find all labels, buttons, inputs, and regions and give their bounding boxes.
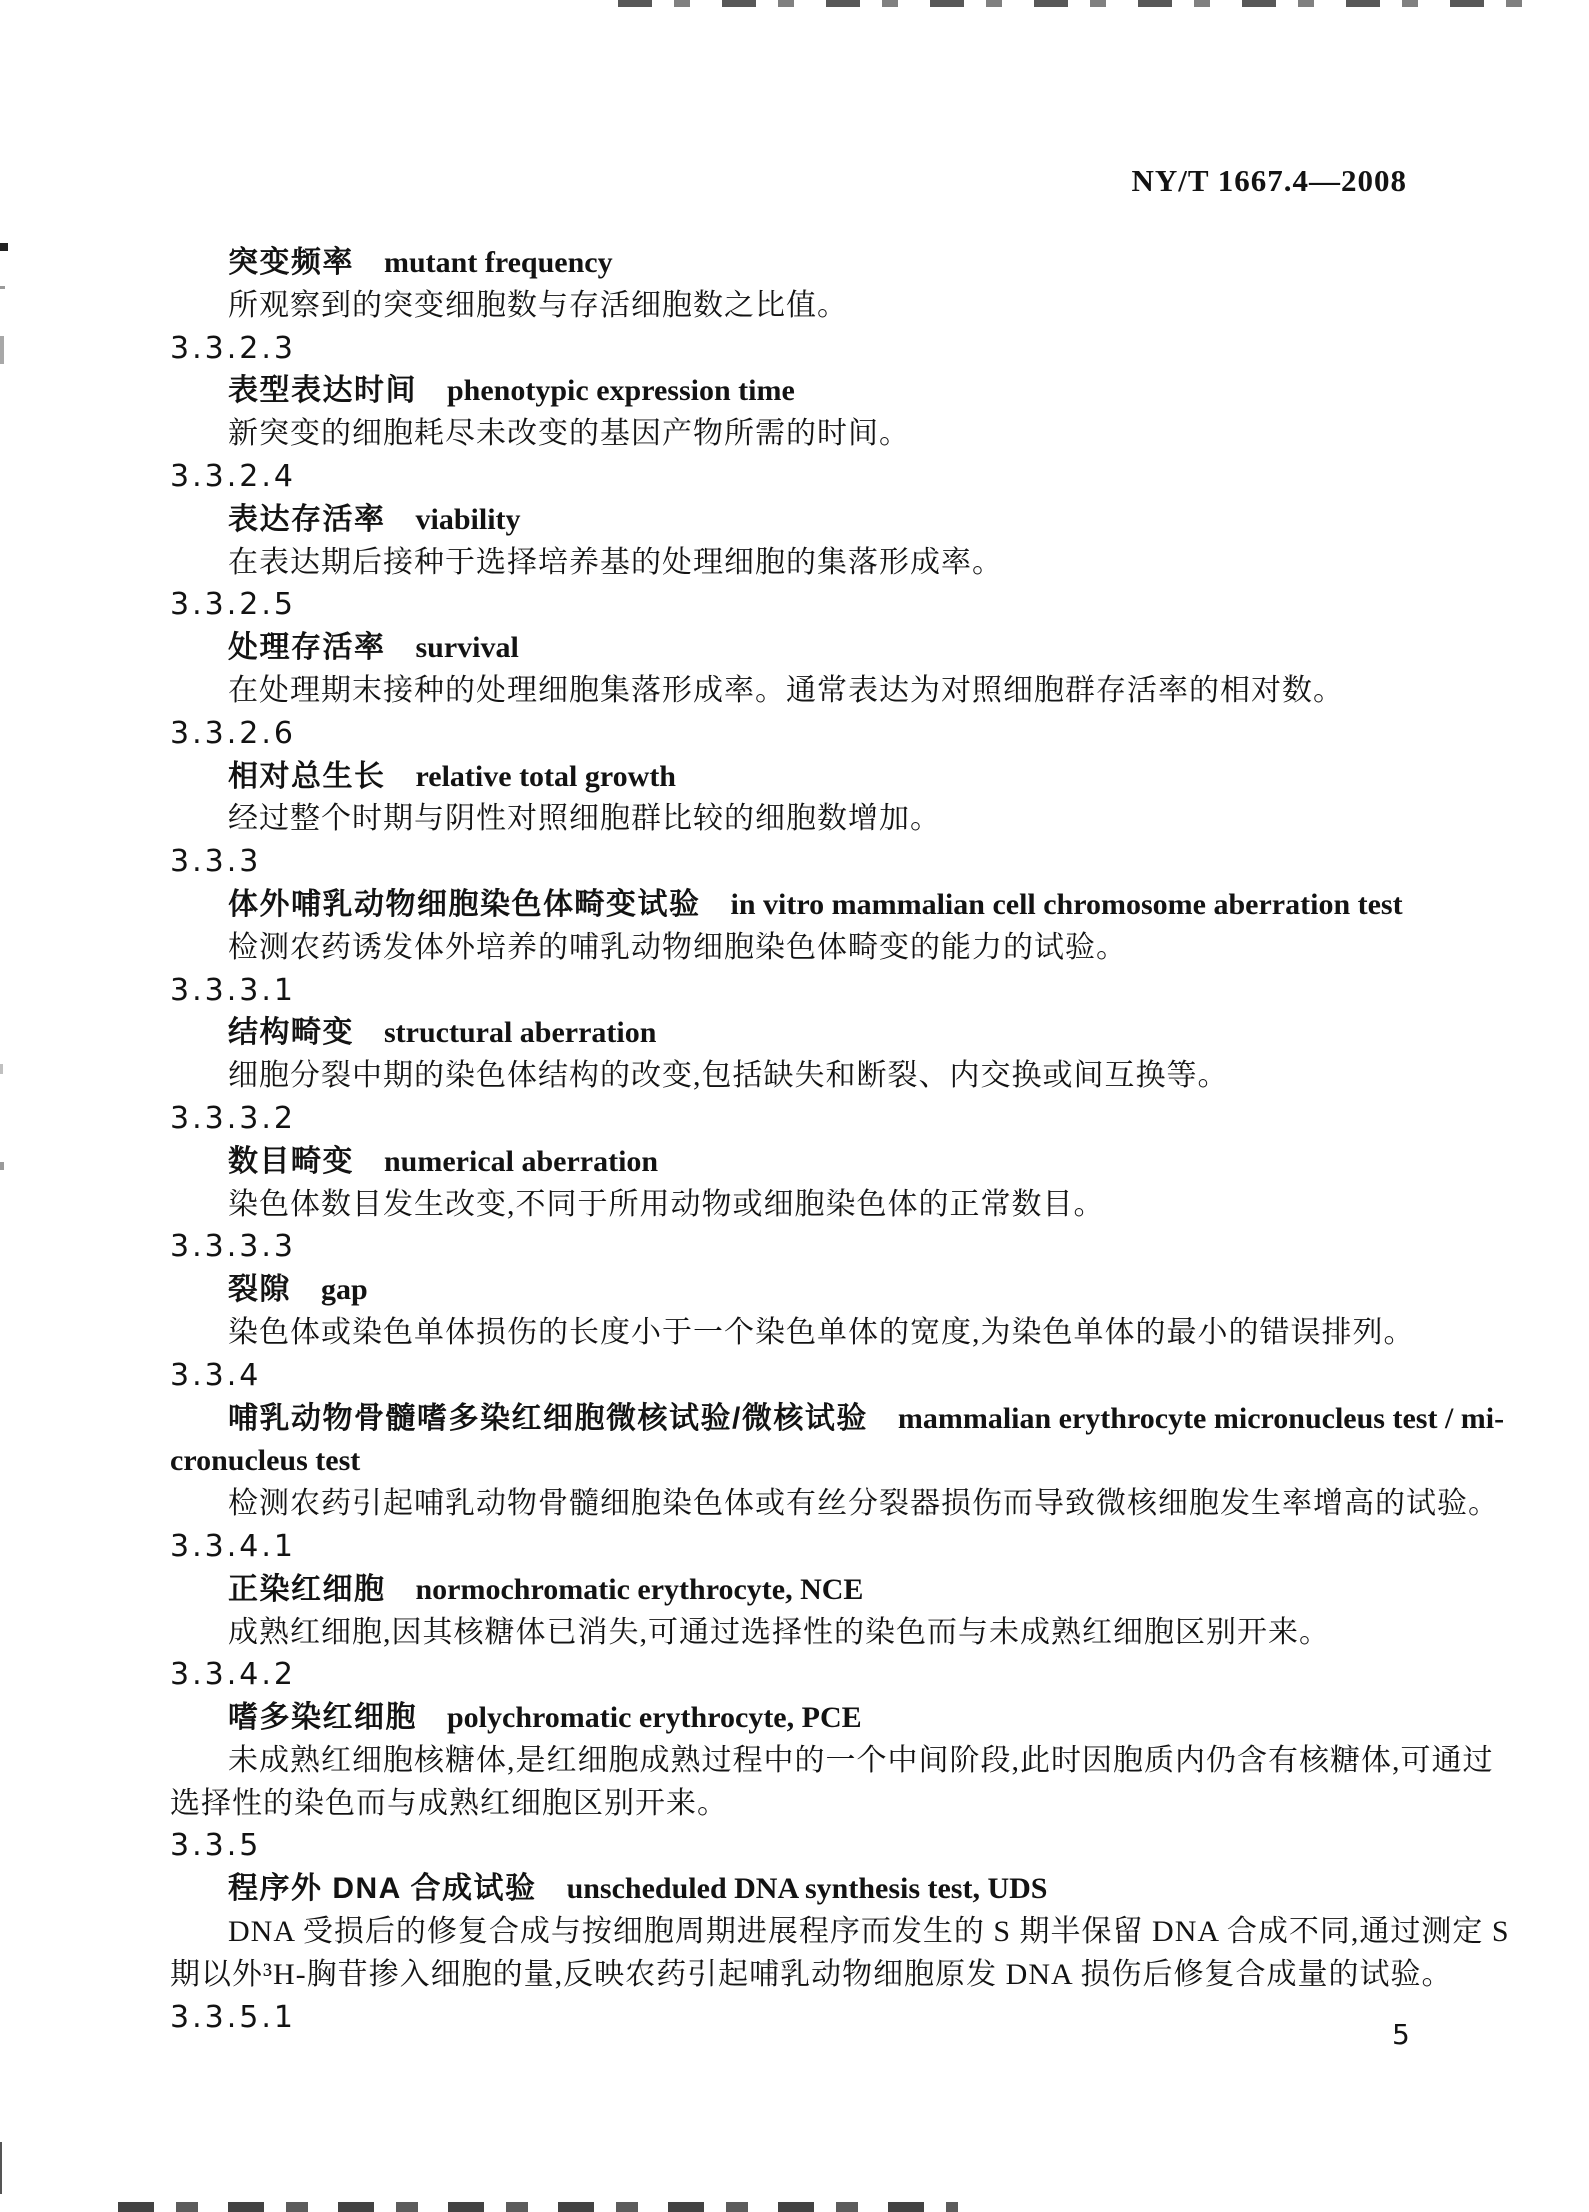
section-number: 3.3.2.6 [170, 713, 1448, 756]
definition-line: 染色体或染色单体损伤的长度小于一个染色单体的宽度,为染色单体的最小的错误排列。 [170, 1312, 1448, 1355]
scan-artifact-top [618, 0, 1548, 7]
section-number: 3.3.2.5 [170, 584, 1448, 627]
scan-artifact-left [0, 2142, 2, 2194]
definition-line: 检测农药诱发体外培养的哺乳动物细胞染色体畸变的能力的试验。 [170, 927, 1448, 970]
definition-line: 在处理期末接种的处理细胞集落形成率。通常表达为对照细胞群存活率的相对数。 [170, 670, 1448, 713]
term-chinese: 表达存活率 [228, 503, 386, 536]
term-chinese: 结构畸变 [228, 1016, 354, 1049]
definition-line: 在表达期后接种于选择培养基的处理细胞的集落形成率。 [170, 542, 1448, 585]
term-line: 哺乳动物骨髓嗜多染红细胞微核试验/微核试验mammalian erythrocy… [170, 1398, 1448, 1441]
section-number: 3.3.3.2 [170, 1098, 1448, 1141]
term-line: 相对总生长relative total growth [170, 756, 1448, 799]
term-english: numerical aberration [384, 1145, 658, 1178]
scan-artifact-left [0, 1064, 3, 1074]
content-lines: 突变频率mutant frequency所观察到的突变细胞数与存活细胞数之比值。… [170, 242, 1448, 2039]
scan-artifact-bottom [118, 2202, 958, 2212]
scan-artifact-left [0, 243, 8, 251]
section-number: 3.3.3.3 [170, 1226, 1448, 1269]
page-number: 5 [1392, 2018, 1410, 2051]
section-number: 3.3.2.3 [170, 328, 1448, 371]
definition-line: 染色体数目发生改变,不同于所用动物或细胞染色体的正常数目。 [170, 1184, 1448, 1227]
term-chinese: 体外哺乳动物细胞染色体畸变试验 [228, 888, 701, 921]
section-number: 3.3.4 [170, 1355, 1448, 1398]
term-line: 裂隙gap [170, 1269, 1448, 1312]
term-english: relative total growth [416, 760, 677, 793]
section-number: 3.3.3.1 [170, 970, 1448, 1013]
section-number: 3.3.5.1 [170, 1997, 1448, 2040]
standard-number-header: NY/T 1667.4—2008 [1131, 163, 1407, 199]
term-chinese: 表型表达时间 [228, 374, 417, 407]
term-english: mutant frequency [384, 246, 613, 279]
term-chinese: 正染红细胞 [228, 1573, 386, 1606]
term-line: 表达存活率viability [170, 499, 1448, 542]
definition-line: 经过整个时期与阴性对照细胞群比较的细胞数增加。 [170, 798, 1448, 841]
term-english: survival [416, 631, 519, 664]
definition-line: 检测农药引起哺乳动物骨髓细胞染色体或有丝分裂器损伤而导致微核细胞发生率增高的试验… [170, 1483, 1448, 1526]
term-line: 程序外 DNA 合成试验unscheduled DNA synthesis te… [170, 1868, 1448, 1911]
definition-line: 成熟红细胞,因其核糖体已消失,可通过选择性的染色而与未成熟红细胞区别开来。 [170, 1612, 1448, 1655]
scan-artifact-left [0, 286, 5, 289]
definition-line: 新突变的细胞耗尽未改变的基因产物所需的时间。 [170, 413, 1448, 456]
term-english: in vitro mammalian cell chromosome aberr… [731, 888, 1403, 921]
term-english: normochromatic erythrocyte, NCE [416, 1573, 864, 1606]
term-line: 处理存活率survival [170, 627, 1448, 670]
term-line: 数目畸变numerical aberration [170, 1141, 1448, 1184]
term-english: gap [321, 1273, 368, 1306]
section-number: 3.3.2.4 [170, 456, 1448, 499]
term-chinese: 裂隙 [228, 1273, 291, 1306]
term-english: polychromatic erythrocyte, PCE [447, 1701, 862, 1734]
definition-line: DNA 受损后的修复合成与按细胞周期进展程序而发生的 S 期半保留 DNA 合成… [170, 1911, 1448, 1954]
scan-artifact-left [0, 336, 4, 364]
term-chinese: 突变频率 [228, 246, 354, 279]
term-english: structural aberration [384, 1016, 656, 1049]
term-english: phenotypic expression time [447, 374, 795, 407]
section-number: 3.3.4.1 [170, 1526, 1448, 1569]
scan-artifact-left [0, 1162, 4, 1170]
term-english: unscheduled DNA synthesis test, UDS [567, 1872, 1048, 1905]
term-chinese: 数目畸变 [228, 1145, 354, 1178]
term-chinese: 嗜多染红细胞 [228, 1701, 417, 1734]
document-page: { "page": { "header": "NY/T 1667.4—2008"… [0, 0, 1589, 2212]
definition-line: 所观察到的突变细胞数与存活细胞数之比值。 [170, 285, 1448, 328]
term-chinese: 处理存活率 [228, 631, 386, 664]
term-line: 突变频率mutant frequency [170, 242, 1448, 285]
definition-line: 期以外³H-胸苷掺入细胞的量,反映农药引起哺乳动物细胞原发 DNA 损伤后修复合… [170, 1954, 1448, 1997]
definition-line: 选择性的染色而与成熟红细胞区别开来。 [170, 1783, 1448, 1826]
term-english: mammalian erythrocyte micronucleus test … [898, 1402, 1504, 1435]
section-number: 3.3.5 [170, 1825, 1448, 1868]
term-english: viability [416, 503, 521, 536]
term-chinese: 相对总生长 [228, 760, 386, 793]
term-line: 结构畸变structural aberration [170, 1012, 1448, 1055]
definition-line: 未成熟红细胞核糖体,是红细胞成熟过程中的一个中间阶段,此时因胞质内仍含有核糖体,… [170, 1740, 1448, 1783]
term-line: 嗜多染红细胞polychromatic erythrocyte, PCE [170, 1697, 1448, 1740]
term-chinese: 程序外 DNA 合成试验 [228, 1872, 537, 1905]
section-number: 3.3.4.2 [170, 1654, 1448, 1697]
term-chinese: 哺乳动物骨髓嗜多染红细胞微核试验/微核试验 [228, 1402, 868, 1435]
definition-line: 细胞分裂中期的染色体结构的改变,包括缺失和断裂、内交换或间互换等。 [170, 1055, 1448, 1098]
section-number: 3.3.3 [170, 841, 1448, 884]
term-line: 正染红细胞normochromatic erythrocyte, NCE [170, 1569, 1448, 1612]
term-line-continuation: cronucleus test [170, 1440, 1448, 1483]
term-line: 体外哺乳动物细胞染色体畸变试验in vitro mammalian cell c… [170, 884, 1448, 927]
term-line: 表型表达时间phenotypic expression time [170, 370, 1448, 413]
